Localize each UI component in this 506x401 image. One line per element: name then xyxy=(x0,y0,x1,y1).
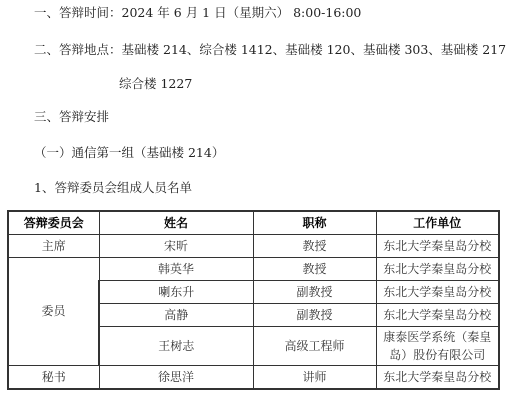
cell-name: 韩英华 xyxy=(99,258,253,281)
cell-title: 教授 xyxy=(253,235,376,258)
defense-arrangement-heading: 三、答辩安排 xyxy=(34,109,109,125)
cell-role: 主席 xyxy=(8,235,99,258)
cell-name: 徐思洋 xyxy=(99,366,253,390)
cell-title: 讲师 xyxy=(253,366,376,390)
cell-title: 副教授 xyxy=(253,304,376,327)
cell-name: 宋昕 xyxy=(99,235,253,258)
cell-role: 委员 xyxy=(8,258,99,366)
defense-time-value: 2024 年 6 月 1 日（星期六） 8:00-16:00 xyxy=(122,5,362,20)
cell-unit: 东北大学秦皇岛分校 xyxy=(376,366,499,390)
defense-location-line-2: 综合楼 1227 xyxy=(119,76,192,92)
cell-role: 秘书 xyxy=(8,366,99,390)
defense-location-value: 基础楼 214、综合楼 1412、基础楼 120、基础楼 303、基础楼 217… xyxy=(122,42,506,57)
cell-unit: 东北大学秦皇岛分校 xyxy=(376,235,499,258)
header-name: 姓名 xyxy=(99,211,253,235)
cell-name: 高静 xyxy=(99,304,253,327)
cell-unit: 东北大学秦皇岛分校 xyxy=(376,258,499,281)
document-page: 一、答辩时间：2024 年 6 月 1 日（星期六） 8:00-16:00 二、… xyxy=(0,0,506,401)
cell-title: 副教授 xyxy=(253,281,376,304)
committee-list-title: 1、答辩委员会组成人员名单 xyxy=(34,180,192,196)
cell-title: 教授 xyxy=(253,258,376,281)
table-row: 主席 宋昕 教授 东北大学秦皇岛分校 xyxy=(8,235,499,258)
defense-location-label: 二、答辩地点： xyxy=(34,42,122,57)
cell-name: 喇东升 xyxy=(99,281,253,304)
defense-time-label: 一、答辩时间： xyxy=(34,5,122,20)
cell-unit: 康泰医学系统（秦皇岛）股份有限公司 xyxy=(376,327,499,366)
cell-name: 王树志 xyxy=(99,327,253,366)
table-row: 秘书 徐思洋 讲师 东北大学秦皇岛分校 xyxy=(8,366,499,390)
header-committee: 答辩委员会 xyxy=(8,211,99,235)
header-title: 职称 xyxy=(253,211,376,235)
table-header-row: 答辩委员会 姓名 职称 工作单位 xyxy=(8,211,499,235)
group-subheading: （一）通信第一组（基础楼 214） xyxy=(34,145,224,161)
defense-location-line: 二、答辩地点：基础楼 214、综合楼 1412、基础楼 120、基础楼 303、… xyxy=(34,42,506,58)
cell-title: 高级工程师 xyxy=(253,327,376,366)
table-row: 委员 韩英华 教授 东北大学秦皇岛分校 xyxy=(8,258,499,281)
cell-unit: 东北大学秦皇岛分校 xyxy=(376,304,499,327)
cell-unit: 东北大学秦皇岛分校 xyxy=(376,281,499,304)
committee-table: 答辩委员会 姓名 职称 工作单位 主席 宋昕 教授 东北大学秦皇岛分校 委员 韩… xyxy=(7,210,500,390)
header-unit: 工作单位 xyxy=(376,211,499,235)
defense-time-line: 一、答辩时间：2024 年 6 月 1 日（星期六） 8:00-16:00 xyxy=(34,5,361,21)
